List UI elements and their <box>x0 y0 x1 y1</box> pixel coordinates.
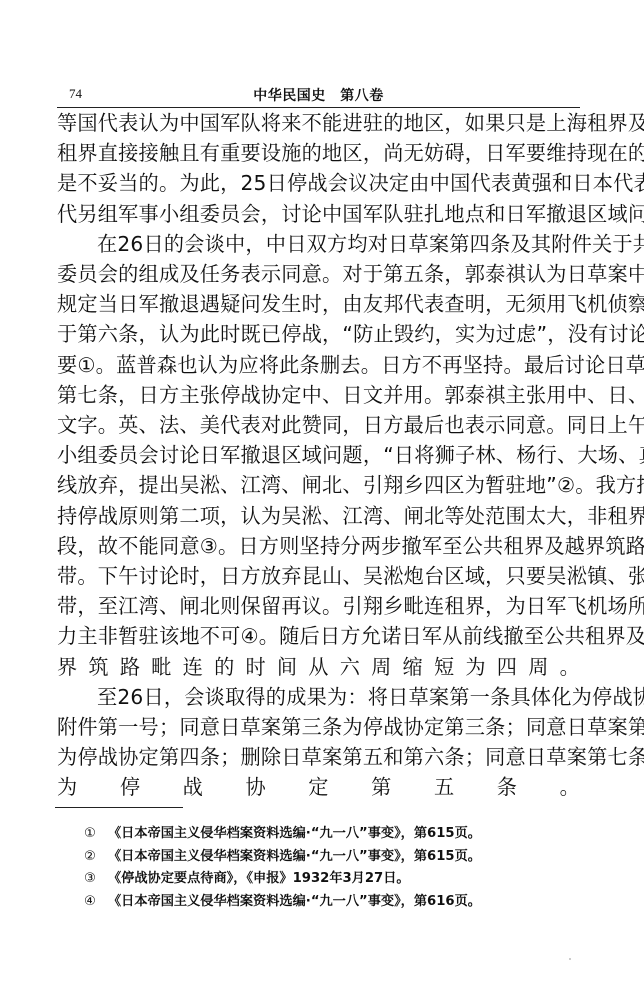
text-line: 力主非暂驻该地不可④。随后日方允诺日军从前线撤至公共租界及越 <box>57 621 580 651</box>
text-line: 小组委员会讨论日军撤退区域问题，“日将狮子林、杨行、大场、真如之 <box>57 440 580 470</box>
text-line: 要①。蓝普森也认为应将此条删去。日方不再坚持。最后讨论日草案 <box>57 350 580 380</box>
text-line: 界筑路毗连的时间从六周缩短为四周。 <box>57 652 580 682</box>
text-line: 为停战协定第四条；删除日草案第五和第六条；同意日草案第七条，改 <box>57 742 580 772</box>
text-line: 在26日的会谈中，中日双方均对日草案第四条及其附件关于共同 <box>57 229 580 259</box>
paragraph-1: 等国代表认为中国军队将来不能进驻的地区，如果只是上海租界及与 租界直接接触且有重… <box>57 108 580 229</box>
text-line: 租界直接接触且有重要设施的地区，尚无妨碍，日军要维持现在的战线 <box>57 138 580 168</box>
footnote-4: ④《日本帝国主义侵华档案资料选编·“九一八”事变》，第616页。 <box>84 891 564 914</box>
text-line: 文字。英、法、美代表对此赞同，日方最后也表示同意。同日上午军事 <box>57 410 580 440</box>
text-line: 是不妥当的。为此，25日停战会议决定由中国代表黄强和日本代表田 <box>57 168 580 198</box>
text-line: 线放弃，提出吴淞、江湾、闸北、引翔乡四区为暂驻地”②。我方拒绝，坚 <box>57 470 580 500</box>
footnote-marker: ② <box>84 846 108 869</box>
footnote-text: 《日本帝国主义侵华档案资料选编·“九一八”事变》，第615页。 <box>108 826 481 841</box>
text-line: 段，故不能同意③。日方则坚持分两步撤军至公共租界及越界筑路地 <box>57 531 580 561</box>
footnote-marker: ④ <box>84 891 108 914</box>
footnote-marker: ③ <box>84 868 108 891</box>
running-title: 中华民国史 第八卷 <box>57 85 580 105</box>
page-header: 74 中华民国史 第八卷 <box>57 80 580 108</box>
text-line: 带，至江湾、闸北则保留再议。引翔乡毗连租界，为日军飞机场所在地， <box>57 591 580 621</box>
text-line: 等国代表认为中国军队将来不能进驻的地区，如果只是上海租界及与 <box>57 108 580 138</box>
footnote-3: ③《停战协定要点待商》，《申报》1932年3月27日。 <box>84 868 564 891</box>
text-line: 带。下午讨论时，日方放弃昆山、吴淞炮台区域，只要吴淞镇、张华浜一 <box>57 561 580 591</box>
paragraph-3: 至26日，会谈取得的成果为：将日草案第一条具体化为停战协定 附件第一号；同意日草… <box>57 682 580 803</box>
footnote-divider <box>55 807 183 808</box>
footnotes: ①《日本帝国主义侵华档案资料选编·“九一八”事变》，第615页。 ②《日本帝国主… <box>84 823 564 913</box>
text-line: 至26日，会谈取得的成果为：将日草案第一条具体化为停战协定 <box>57 682 580 712</box>
footnote-marker: ① <box>84 823 108 846</box>
text-line: 委员会的组成及任务表示同意。对于第五条，郭泰祺认为日草案中已 <box>57 259 580 289</box>
text-line: 代另组军事小组委员会，讨论中国军队驻扎地点和日军撤退区域问题。 <box>57 199 580 229</box>
text-line: 附件第一号；同意日草案第三条为停战协定第三条；同意日草案第四条 <box>57 712 580 742</box>
text-line: 于第六条，认为此时既已停战，“防止毁约，实为过虑”，没有讨论的必 <box>57 319 580 349</box>
footnote-text: 《日本帝国主义侵华档案资料选编·“九一八”事变》，第616页。 <box>108 894 481 909</box>
text-line: 持停战原则第二项，认为吴淞、江湾、闸北等处范围太大，非租界毗连地 <box>57 501 580 531</box>
footnote-text: 《日本帝国主义侵华档案资料选编·“九一八”事变》，第615页。 <box>108 849 481 864</box>
paragraph-2: 在26日的会谈中，中日双方均对日草案第四条及其附件关于共同 委员会的组成及任务表… <box>57 229 580 682</box>
text-line: 第七条，日方主张停战协定中、日文并用。郭泰祺主张用中、日、英三种 <box>57 380 580 410</box>
footnote-text: 《停战协定要点待商》，《申报》1932年3月27日。 <box>108 871 410 886</box>
footnote-2: ②《日本帝国主义侵华档案资料选编·“九一八”事变》，第615页。 <box>84 846 564 869</box>
footnote-1: ①《日本帝国主义侵华档案资料选编·“九一八”事变》，第615页。 <box>84 823 564 846</box>
text-line: 为停战协定第五条。 <box>57 772 580 802</box>
body-text: 等国代表认为中国军队将来不能进驻的地区，如果只是上海租界及与 租界直接接触且有重… <box>57 108 580 803</box>
scan-speck <box>569 958 571 960</box>
text-line: 规定当日军撤退遇疑问发生时，由友邦代表查明，无须用飞机侦察。对 <box>57 289 580 319</box>
